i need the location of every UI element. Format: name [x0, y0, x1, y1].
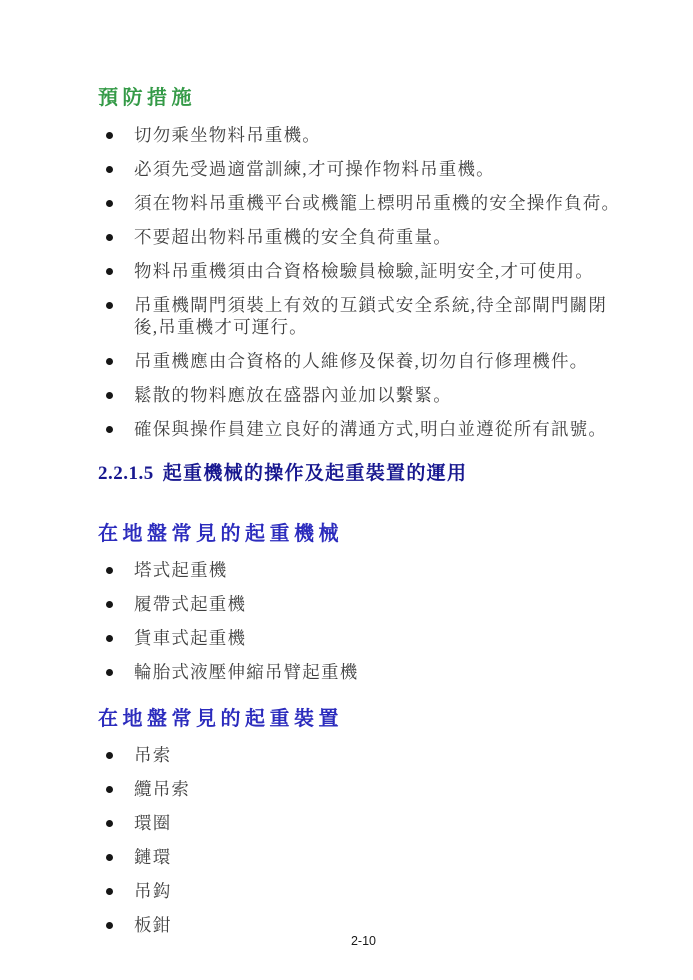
list-item: 不要超出物料吊重機的安全負荷重量。 — [98, 226, 655, 248]
list-item: 吊重機應由合資格的人維修及保養,切勿自行修理機件。 — [98, 350, 655, 372]
bullet-icon — [106, 922, 113, 929]
bullet-text: 輪胎式液壓伸縮吊臂起重機 — [134, 661, 358, 683]
heading-section: 2.2.1.5起重機械的操作及起重裝置的運用 — [98, 462, 655, 485]
bullet-icon — [106, 567, 113, 574]
bullet-icon — [106, 358, 113, 365]
section-number: 2.2.1.5 — [98, 463, 154, 484]
bullet-icon — [106, 635, 113, 642]
list-item: 輪胎式液壓伸縮吊臂起重機 — [98, 661, 655, 683]
bullet-icon — [106, 786, 113, 793]
bullet-icon — [106, 166, 113, 173]
list-item: 物料吊重機須由合資格檢驗員檢驗,証明安全,才可使用。 — [98, 260, 655, 282]
bullet-text: 必須先受過適當訓練,才可操作物料吊重機。 — [134, 158, 495, 180]
bullet-text: 環圈 — [134, 812, 171, 834]
bullet-text: 吊重機應由合資格的人維修及保養,切勿自行修理機件。 — [134, 350, 588, 372]
bullet-text: 貨車式起重機 — [134, 627, 246, 649]
list-item: 塔式起重機 — [98, 559, 655, 581]
bullet-text: 吊索 — [134, 744, 171, 766]
list-item: 必須先受過適當訓練,才可操作物料吊重機。 — [98, 158, 655, 180]
list-item: 履帶式起重機 — [98, 593, 655, 615]
bullet-text: 鏈環 — [134, 846, 171, 868]
list-item: 吊鈎 — [98, 880, 655, 902]
bullet-text: 履帶式起重機 — [134, 593, 246, 615]
bullet-icon — [106, 234, 113, 241]
bullet-icon — [106, 854, 113, 861]
bullet-text: 須在物料吊重機平台或機籠上標明吊重機的安全操作負荷。 — [134, 192, 620, 214]
list-item: 鬆散的物料應放在盛器內並加以繫緊。 — [98, 384, 655, 406]
list-item: 貨車式起重機 — [98, 627, 655, 649]
bullet-icon — [106, 752, 113, 759]
document-page: 預防措施 切勿乘坐物料吊重機。 必須先受過適當訓練,才可操作物料吊重機。 須在物… — [0, 0, 693, 980]
bullet-text: 切勿乘坐物料吊重機。 — [134, 124, 321, 146]
bullet-text: 鬆散的物料應放在盛器內並加以繫緊。 — [134, 384, 452, 406]
list-item: 須在物料吊重機平台或機籠上標明吊重機的安全操作負荷。 — [98, 192, 655, 214]
section-title: 起重機械的操作及起重裝置的運用 — [163, 463, 468, 484]
bullet-icon — [106, 302, 113, 309]
bullet-icon — [106, 888, 113, 895]
heading-gear: 在地盤常見的起重裝置 — [98, 708, 655, 730]
bullet-icon — [106, 200, 113, 207]
list-item: 鏈環 — [98, 846, 655, 868]
bullet-text: 確保與操作員建立良好的溝通方式,明白並遵從所有訊號。 — [134, 418, 607, 440]
bullet-text: 不要超出物料吊重機的安全負荷重量。 — [134, 226, 452, 248]
list-item: 切勿乘坐物料吊重機。 — [98, 124, 655, 146]
bullet-icon — [106, 268, 113, 275]
list-item: 環圈 — [98, 812, 655, 834]
page-number: 2-10 — [0, 934, 693, 948]
bullet-text: 後,吊重機才可運行。 — [134, 316, 607, 338]
bullet-icon — [106, 669, 113, 676]
bullet-text: 塔式起重機 — [134, 559, 228, 581]
bullet-icon — [106, 132, 113, 139]
bullet-text: 吊重機閘門須裝上有效的互鎖式安全系統,待全部閘門關閉 — [134, 294, 607, 316]
list-item: 確保與操作員建立良好的溝通方式,明白並遵從所有訊號。 — [98, 418, 655, 440]
heading-precautions: 預防措施 — [98, 86, 655, 110]
list-item: 纜吊索 — [98, 778, 655, 800]
list-item: 吊重機閘門須裝上有效的互鎖式安全系統,待全部閘門關閉 後,吊重機才可運行。 — [98, 294, 655, 338]
page-content: 預防措施 切勿乘坐物料吊重機。 必須先受過適當訓練,才可操作物料吊重機。 須在物… — [98, 86, 655, 948]
bullet-text: 吊鈎 — [134, 880, 171, 902]
bullet-icon — [106, 392, 113, 399]
list-item: 板鉗 — [98, 914, 655, 936]
heading-machines: 在地盤常見的起重機械 — [98, 523, 655, 545]
bullet-icon — [106, 820, 113, 827]
bullet-icon — [106, 426, 113, 433]
bullet-text: 纜吊索 — [134, 778, 190, 800]
list-item: 吊索 — [98, 744, 655, 766]
bullet-text: 板鉗 — [134, 914, 171, 936]
bullet-text: 物料吊重機須由合資格檢驗員檢驗,証明安全,才可使用。 — [134, 260, 594, 282]
bullet-icon — [106, 601, 113, 608]
